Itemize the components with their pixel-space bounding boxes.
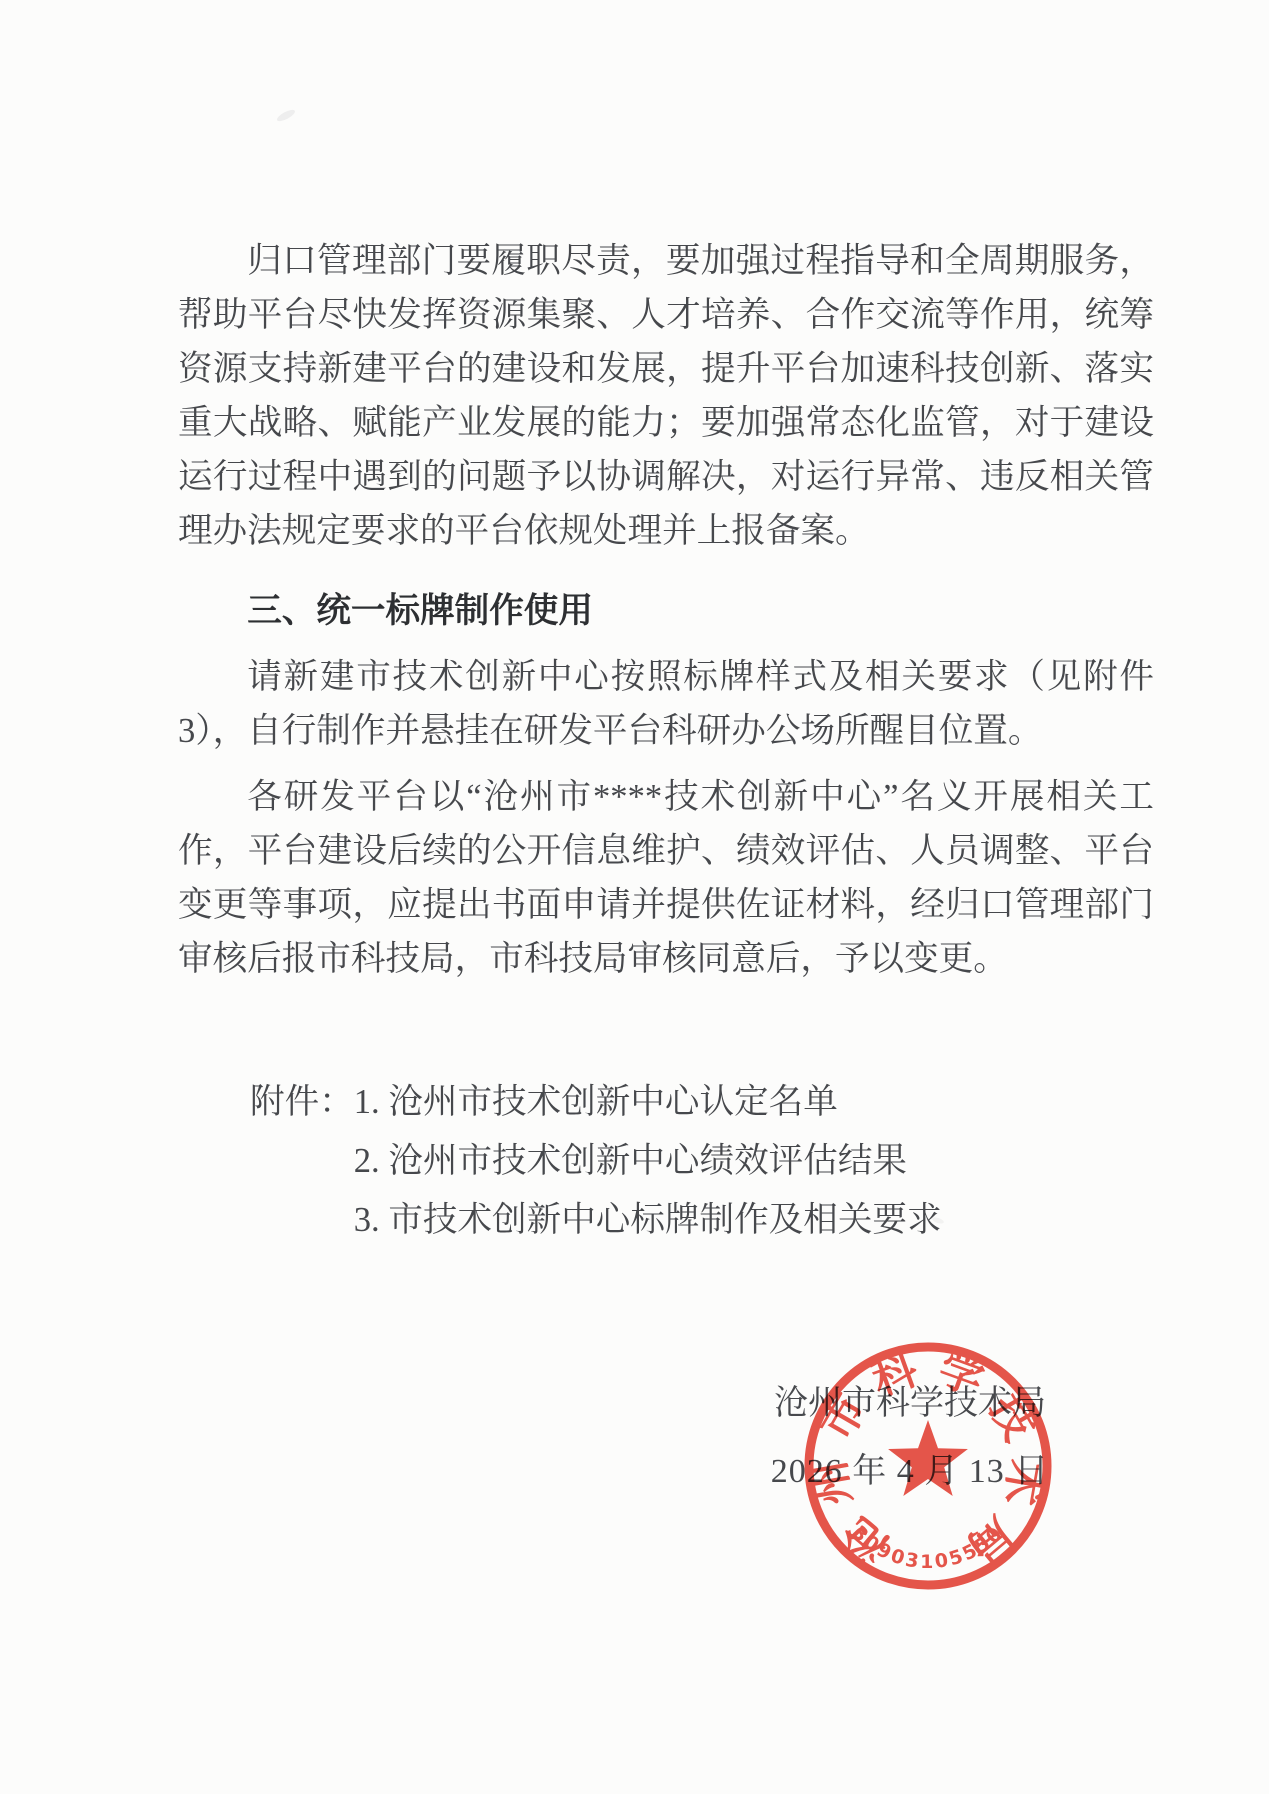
attachment-label: 附件： [250, 1073, 354, 1250]
paragraph-supervision: 归口管理部门要履职尽责，要加强过程指导和全周期服务，帮助平台尽快发挥资源集聚、人… [178, 234, 1154, 558]
attachment-items: 1. 沧州市技术创新中心认定名单 2. 沧州市技术创新中心绩效评估结果 3. 市… [354, 1073, 942, 1250]
signature-issuer: 沧州市科学技术局 [700, 1377, 1120, 1431]
section-heading-3: 三、统一标牌制作使用 [178, 584, 1154, 638]
paragraph-naming-and-changes: 各研发平台以“沧州市****技术创新中心”名义开展相关工作，平台建设后续的公开信… [178, 770, 1154, 986]
attachment-item-3: 3. 市技术创新中心标牌制作及相关要求 [354, 1191, 942, 1250]
document-page: 归口管理部门要履职尽责，要加强过程指导和全周期服务，帮助平台尽快发挥资源集聚、人… [0, 0, 1269, 1794]
document-body: 归口管理部门要履职尽责，要加强过程指导和全周期服务，帮助平台尽快发挥资源集聚、人… [178, 234, 1154, 1250]
signature-block: 沧州市科学技术局 2026 年 4 月 13 日 [700, 1377, 1120, 1499]
seal-ring-char: 局 [958, 1507, 1023, 1573]
scan-smudge [276, 108, 297, 124]
seal-ring-char: 沧 [833, 1507, 898, 1573]
attachment-item-2: 2. 沧州市技术创新中心绩效评估结果 [354, 1132, 942, 1191]
paragraph-plaque-instruction: 请新建市技术创新中心按照标牌样式及相关要求（见附件3），自行制作并悬挂在研发平台… [178, 650, 1154, 758]
attachment-list: 附件： 1. 沧州市技术创新中心认定名单 2. 沧州市技术创新中心绩效评估结果 … [250, 1073, 1154, 1250]
signature-date: 2026 年 4 月 13 日 [700, 1445, 1120, 1499]
attachment-item-1: 1. 沧州市技术创新中心认定名单 [354, 1073, 942, 1132]
